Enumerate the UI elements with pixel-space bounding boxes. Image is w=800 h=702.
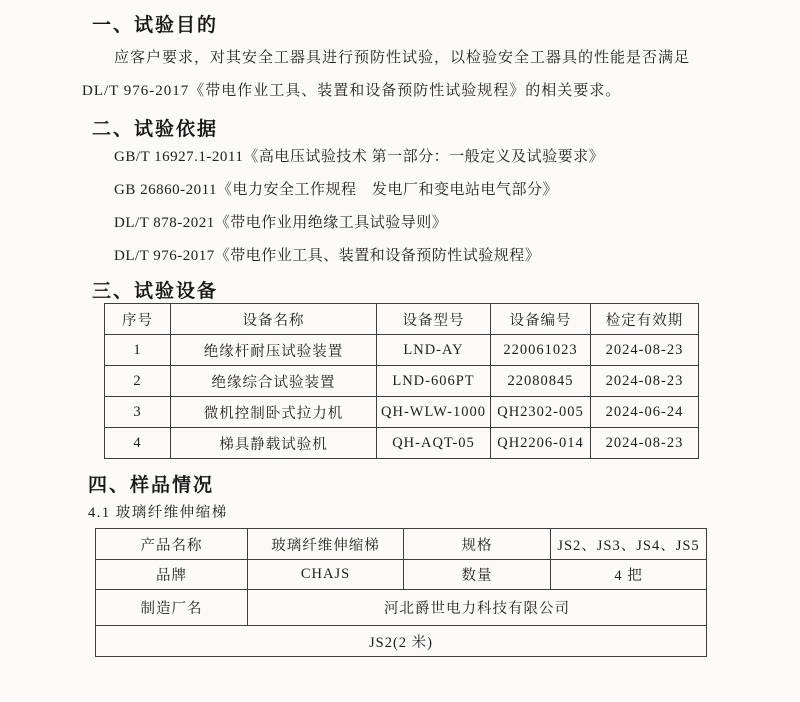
table-cell: 微机控制卧式拉力机 — [171, 397, 377, 428]
reference-item: DL/T 976-2017《带电作业工具、装置和设备预防性试验规程》 — [114, 240, 604, 273]
table-cell: JS2(2 米) — [96, 626, 707, 657]
section-3-heading: 三、试验设备 — [92, 276, 218, 303]
table-header-cell: 序号 — [105, 304, 171, 335]
table-cell: 2024-06-24 — [591, 397, 699, 428]
section-2-heading: 二、试验依据 — [92, 114, 218, 141]
table-cell: 河北爵世电力科技有限公司 — [248, 590, 707, 626]
equipment-table: 序号 设备名称 设备型号 设备编号 检定有效期 1 绝缘杆耐压试验装置 LND-… — [104, 303, 699, 459]
table-row: 品牌 CHAJS 数量 4 把 — [96, 560, 707, 590]
table-cell: 绝缘综合试验装置 — [171, 366, 377, 397]
table-cell: 2024-08-23 — [591, 428, 699, 459]
reference-item: GB/T 16927.1-2011《高电压试验技术 第一部分：一般定义及试验要求… — [114, 141, 604, 174]
sample-table: 产品名称 玻璃纤维伸缩梯 规格 JS2、JS3、JS4、JS5 品牌 CHAJS… — [95, 528, 707, 657]
table-cell: 数量 — [404, 560, 551, 590]
table-header-row: 序号 设备名称 设备型号 设备编号 检定有效期 — [105, 304, 699, 335]
section-1-heading: 一、试验目的 — [92, 10, 218, 37]
table-row: 制造厂名 河北爵世电力科技有限公司 — [96, 590, 707, 626]
table-cell: 玻璃纤维伸缩梯 — [248, 529, 404, 560]
table-cell: 2024-08-23 — [591, 335, 699, 366]
table-cell: 3 — [105, 397, 171, 428]
table-row: 1 绝缘杆耐压试验装置 LND-AY 220061023 2024-08-23 — [105, 335, 699, 366]
table-cell: 22080845 — [491, 366, 591, 397]
table-cell: 绝缘杆耐压试验装置 — [171, 335, 377, 366]
table-row: 2 绝缘综合试验装置 LND-606PT 22080845 2024-08-23 — [105, 366, 699, 397]
table-cell: 产品名称 — [96, 529, 248, 560]
document-page: 一、试验目的 应客户要求，对其安全工器具进行预防性试验，以检验安全工器具的性能是… — [0, 0, 800, 702]
reference-item: DL/T 878-2021《带电作业用绝缘工具试验导则》 — [114, 207, 604, 240]
table-row: JS2(2 米) — [96, 626, 707, 657]
table-cell: 220061023 — [491, 335, 591, 366]
purpose-paragraph: 应客户要求，对其安全工器具进行预防性试验，以检验安全工器具的性能是否满足 DL/… — [82, 42, 694, 108]
table-cell: 4 把 — [551, 560, 707, 590]
table-header-cell: 设备编号 — [491, 304, 591, 335]
table-row: 3 微机控制卧式拉力机 QH-WLW-1000 QH2302-005 2024-… — [105, 397, 699, 428]
table-cell: 制造厂名 — [96, 590, 248, 626]
table-cell: QH2206-014 — [491, 428, 591, 459]
table-cell: 2024-08-23 — [591, 366, 699, 397]
table-cell: 1 — [105, 335, 171, 366]
table-header-cell: 设备名称 — [171, 304, 377, 335]
section-4-heading: 四、样品情况 — [88, 470, 214, 497]
subsection-title: 4.1 玻璃纤维伸缩梯 — [88, 501, 228, 522]
table-cell: LND-AY — [377, 335, 491, 366]
table-row: 4 梯具静载试验机 QH-AQT-05 QH2206-014 2024-08-2… — [105, 428, 699, 459]
table-header-cell: 检定有效期 — [591, 304, 699, 335]
table-cell: QH-AQT-05 — [377, 428, 491, 459]
table-cell: CHAJS — [248, 560, 404, 590]
reference-list: GB/T 16927.1-2011《高电压试验技术 第一部分：一般定义及试验要求… — [114, 141, 604, 273]
table-cell: 4 — [105, 428, 171, 459]
table-cell: 2 — [105, 366, 171, 397]
reference-item: GB 26860-2011《电力安全工作规程 发电厂和变电站电气部分》 — [114, 174, 604, 207]
table-cell: QH2302-005 — [491, 397, 591, 428]
table-cell: 梯具静载试验机 — [171, 428, 377, 459]
table-cell: JS2、JS3、JS4、JS5 — [551, 529, 707, 560]
table-cell: 规格 — [404, 529, 551, 560]
table-cell: LND-606PT — [377, 366, 491, 397]
table-cell: QH-WLW-1000 — [377, 397, 491, 428]
table-row: 产品名称 玻璃纤维伸缩梯 规格 JS2、JS3、JS4、JS5 — [96, 529, 707, 560]
table-header-cell: 设备型号 — [377, 304, 491, 335]
table-cell: 品牌 — [96, 560, 248, 590]
